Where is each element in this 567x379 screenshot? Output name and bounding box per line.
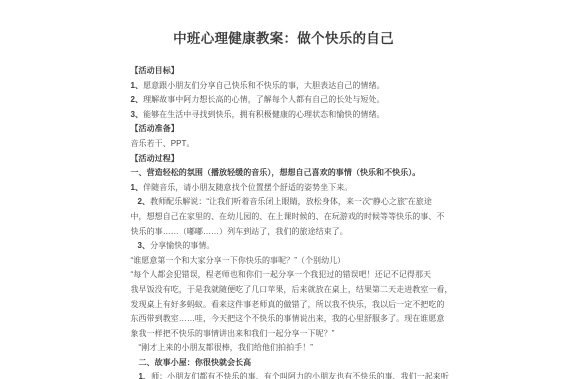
list-number: 1、 bbox=[131, 183, 144, 192]
line-text: 能够在生活中寻找到快乐，拥有积极健康的心理状态和愉快的情绪。 bbox=[143, 110, 385, 119]
line-text: 发现桌上有好多蚂蚁。看来这件事老师真的做错了，所以我不快乐，我以后一定不把吃的 bbox=[131, 300, 445, 309]
text-line: “谁愿意第一个和大家分享一下你快乐的事呢？”（个别幼儿） bbox=[131, 254, 437, 269]
text-line: 【活动过程】 bbox=[131, 152, 437, 167]
line-text: 音乐若干、PPT。 bbox=[131, 139, 195, 148]
line-text: 【活动目标】 bbox=[131, 66, 179, 75]
document-page: 中班心理健康教案：做个快乐的自己 【活动目标】 1、愿意跟小朋友们分享自己快乐和… bbox=[131, 0, 437, 379]
list-number: 3、 bbox=[138, 241, 151, 250]
text-line: 中，想想自己在家里的、在幼儿园的、在上课时候的、在玩游戏的时候等等快乐的事、不 bbox=[131, 210, 437, 225]
list-number: 2、 bbox=[138, 197, 151, 206]
text-line: 发现桌上有好多蚂蚁。看来这件事老师真的做错了，所以我不快乐，我以后一定不把吃的 bbox=[131, 298, 437, 313]
text-line: 【活动准备】 bbox=[131, 122, 437, 137]
text-line: “每个人都会犯错误，程老师也和你们一起分享一个我犯过的错误吧！还记不记得那天 bbox=[131, 268, 437, 283]
text-line: 1、师：小朋友们都有不快乐的事，有个叫阿力的小朋友也有不快乐的事，我们一起来听 bbox=[131, 370, 437, 379]
list-number: 3、 bbox=[131, 110, 144, 119]
line-text: 象我一样把不快乐的事情讲出来和我们一起分享一下呢？” bbox=[131, 329, 335, 338]
text-line: 二、故事小屋：你很快就会长高 bbox=[131, 356, 437, 371]
line-text: 理解故事中阿力想长高的心情，了解每个人都有自己的长处与短处。 bbox=[143, 95, 385, 104]
line-text: 愿意跟小朋友们分享自己快乐和不快乐的事，大胆表达自己的情绪。 bbox=[143, 81, 385, 90]
line-text: “刚才上来的小朋友都很棒，我们给他们拍拍手！” bbox=[139, 343, 313, 352]
line-text: “谁愿意第一个和大家分享一下你快乐的事呢？”（个别幼儿） bbox=[131, 256, 346, 265]
text-line: 象我一样把不快乐的事情讲出来和我们一起分享一下呢？” bbox=[131, 327, 437, 342]
list-number: 2、 bbox=[131, 95, 144, 104]
line-text: 教师配乐解说：“让我们听着音乐闭上眼睛，放松身体，来一次“静心之旅”在旅途 bbox=[150, 197, 432, 206]
text-line: 一、营造轻松的氛围（播放轻缓的音乐），想想自己喜欢的事情（快乐和不快乐）。 bbox=[131, 166, 437, 181]
line-text: 快乐的事……（嘟嘟……）列车到站了，我们的旅途结束了。 bbox=[131, 227, 348, 236]
text-line: 3、分享愉快的事情。 bbox=[131, 239, 437, 254]
text-line: 【活动目标】 bbox=[131, 64, 437, 79]
text-line: 2、理解故事中阿力想长高的心情，了解每个人都有自己的长处与短处。 bbox=[131, 93, 437, 108]
page-title: 中班心理健康教案：做个快乐的自己 bbox=[131, 0, 437, 46]
text-line: 1、伴随音乐，请小朋友随意找个位置摆个舒适的姿势坐下来。 bbox=[131, 181, 437, 196]
line-text: 我早饭没有吃，于是我就随便吃了几口苹果，后来就放在桌上，结果第二天走进教室一看， bbox=[131, 285, 453, 294]
text-line: 东西带到教室……哇，今天把这个不快乐的事情说出来，我的心里舒服多了。现在谁愿意 bbox=[131, 312, 437, 327]
line-text: 二、故事小屋：你很快就会长高 bbox=[139, 358, 252, 367]
text-line: “刚才上来的小朋友都很棒，我们给他们拍拍手！” bbox=[131, 341, 437, 356]
line-text: 分享愉快的事情。 bbox=[150, 241, 214, 250]
line-text: 【活动准备】 bbox=[131, 124, 179, 133]
line-text: 东西带到教室……哇，今天把这个不快乐的事情说出来，我的心里舒服多了。现在谁愿意 bbox=[131, 314, 445, 323]
text-line: 2、教师配乐解说：“让我们听着音乐闭上眼睛，放松身体，来一次“静心之旅”在旅途 bbox=[131, 195, 437, 210]
line-text: 一、营造轻松的氛围（播放轻缓的音乐），想想自己喜欢的事情（快乐和不快乐）。 bbox=[131, 168, 421, 177]
document-body: 【活动目标】 1、愿意跟小朋友们分享自己快乐和不快乐的事，大胆表达自己的情绪。 … bbox=[131, 64, 437, 379]
list-number: 1、 bbox=[139, 372, 152, 379]
line-text: 伴随音乐，请小朋友随意找个位置摆个舒适的姿势坐下来。 bbox=[143, 183, 352, 192]
text-line: 1、愿意跟小朋友们分享自己快乐和不快乐的事，大胆表达自己的情绪。 bbox=[131, 79, 437, 94]
text-line: 我早饭没有吃，于是我就随便吃了几口苹果，后来就放在桌上，结果第二天走进教室一看， bbox=[131, 283, 437, 298]
line-text: “每个人都会犯错误，程老师也和你们一起分享一个我犯过的错误吧！还记不记得那天 bbox=[131, 270, 432, 279]
line-text: 【活动过程】 bbox=[131, 154, 179, 163]
line-text: 中，想想自己在家里的、在幼儿园的、在上课时候的、在玩游戏的时候等等快乐的事、不 bbox=[131, 212, 445, 221]
text-line: 快乐的事……（嘟嘟……）列车到站了，我们的旅途结束了。 bbox=[131, 225, 437, 240]
line-text: 师：小朋友们都有不快乐的事，有个叫阿力的小朋友也有不快乐的事，我们一起来听 bbox=[151, 372, 449, 379]
text-line: 3、能够在生活中寻找到快乐，拥有积极健康的心理状态和愉快的情绪。 bbox=[131, 108, 437, 123]
text-line: 音乐若干、PPT。 bbox=[131, 137, 437, 152]
list-number: 1、 bbox=[131, 81, 144, 90]
